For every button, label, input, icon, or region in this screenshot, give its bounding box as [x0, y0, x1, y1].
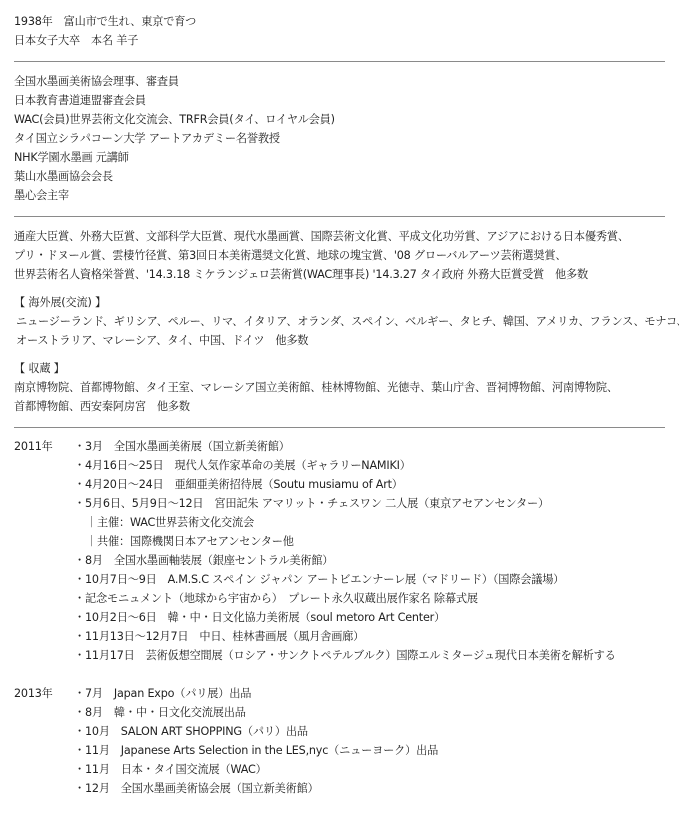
overseas-section: 【 海外展(交流) 】 ニュージーランド、ギリシア、ペルー、リマ、イタリア、オラ… [14, 293, 665, 350]
timeline-item: ・4月20日～24日 亜細亜美術招待展（Soutu musiamu of Art… [74, 475, 665, 494]
collections-heading: 【 収蔵 】 [14, 359, 665, 378]
awards-line: 世界芸術名人資格栄誉賞、'14.3.18 ミケランジェロ芸術賞(WAC理事長) … [14, 265, 665, 284]
collections-section: 【 収蔵 】 南京博物院、首都博物館、タイ王室、マレーシア国立美術館、桂林博物館… [14, 359, 665, 416]
awards-line: 通産大臣賞、外務大臣賞、文部科学大臣賞、現代水墨画賞、国際芸術文化賞、平成文化功… [14, 227, 665, 246]
timeline-year-label: 2011年 [14, 437, 74, 456]
position-item: 全国水墨画美術協会理事、審査員 [14, 72, 665, 91]
collections-line: 首都博物館、西安秦阿房宮 他多数 [14, 397, 665, 416]
timeline-year-label: 2013年 [14, 684, 74, 703]
timeline-subitem: ｜共催：国際機関日本アセアンセンター他 [74, 532, 665, 551]
timeline-item: ・8月 韓・中・日文化交流展出品 [74, 703, 665, 722]
timeline-item: ・11月17日 芸術仮想空間展（ロシア・サンクトペテルブルク）国際エルミタージュ… [74, 646, 665, 665]
position-item: タイ国立シラパコーン大学 アートアカデミー名誉教授 [14, 129, 665, 148]
timeline-item: ・12月 全国水墨画美術協会展（国立新美術館） [74, 779, 665, 798]
profile-education: 日本女子大卒 本名 羊子 [14, 31, 665, 50]
timeline-item: ・10月2日～6日 韓・中・日文化協力美術展（soul metoro Art C… [74, 608, 665, 627]
awards-section: 通産大臣賞、外務大臣賞、文部科学大臣賞、現代水墨画賞、国際芸術文化賞、平成文化功… [14, 227, 665, 284]
awards-line: プリ・ドヌール賞、雲棲竹径賞、第3回日本美術選奨文化賞、地球の塊宝賞、'08 グ… [14, 246, 665, 265]
profile-birth: 1938年 富山市で生れ、東京で育つ [14, 12, 665, 31]
timeline-items: ・7月 Japan Expo（パリ展）出品 ・8月 韓・中・日文化交流展出品 ・… [74, 684, 665, 798]
profile-page: 1938年 富山市で生れ、東京で育つ 日本女子大卒 本名 羊子 全国水墨画美術協… [0, 0, 679, 798]
timeline-item: ・記念モニュメント（地球から宇宙から） プレート永久収蔵出展作家名 除幕式展 [74, 589, 665, 608]
position-item: 日本教育書道連盟審査会員 [14, 91, 665, 110]
timeline-item: ・10月 SALON ART SHOPPING（パリ）出品 [74, 722, 665, 741]
positions-section: 全国水墨画美術協会理事、審査員 日本教育書道連盟審査会員 WAC(会員)世界芸術… [14, 72, 665, 205]
position-item: 葉山水墨画協会会長 [14, 167, 665, 186]
timeline-item: ・3月 全国水墨画美術展（国立新美術館） [74, 437, 665, 456]
timeline-item: ・11月13日～12月7日 中日、桂林書画展（風月舎画廊） [74, 627, 665, 646]
overseas-line: ニュージーランド、ギリシア、ペルー、リマ、イタリア、オランダ、スペイン、ベルギー… [14, 312, 665, 331]
position-item: NHK学園水墨画 元講師 [14, 148, 665, 167]
timeline-item: ・5月6日、5月9日～12日 宮田記朱 アマリット・チェスワン 二人展（東京アセ… [74, 494, 665, 513]
collections-line: 南京博物院、首都博物館、タイ王室、マレーシア国立美術館、桂林博物館、光徳寺、葉山… [14, 378, 665, 397]
timeline-item: ・11月 日本・タイ国交流展（WAC） [74, 760, 665, 779]
timeline-subitem: ｜主催：WAC世界芸術文化交流会 [74, 513, 665, 532]
timeline-item: ・7月 Japan Expo（パリ展）出品 [74, 684, 665, 703]
timeline-items: ・3月 全国水墨画美術展（国立新美術館） ・4月16日～25日 現代人気作家革命… [74, 437, 665, 665]
timeline-item: ・11月 Japanese Arts Selection in the LES,… [74, 741, 665, 760]
timeline-item: ・10月7日～9日 A.M.S.C スペイン ジャパン アートビエンナーレ展（マ… [74, 570, 665, 589]
overseas-line: オーストラリア、マレーシア、タイ、中国、ドイツ 他多数 [14, 331, 665, 350]
timeline-item: ・4月16日～25日 現代人気作家革命の美展（ギャラリーNAMIKI） [74, 456, 665, 475]
overseas-heading: 【 海外展(交流) 】 [14, 293, 665, 312]
position-item: 墨心会主宰 [14, 186, 665, 205]
timeline-year-2011: 2011年 ・3月 全国水墨画美術展（国立新美術館） ・4月16日～25日 現代… [14, 437, 665, 665]
timeline-year-2013: 2013年 ・7月 Japan Expo（パリ展）出品 ・8月 韓・中・日文化交… [14, 684, 665, 798]
profile-section: 1938年 富山市で生れ、東京で育つ 日本女子大卒 本名 羊子 [14, 12, 665, 50]
position-item: WAC(会員)世界芸術文化交流会、TRFR会員(タイ、ロイヤル会員) [14, 110, 665, 129]
timeline-item: ・8月 全国水墨画軸装展（銀座セントラル美術館） [74, 551, 665, 570]
